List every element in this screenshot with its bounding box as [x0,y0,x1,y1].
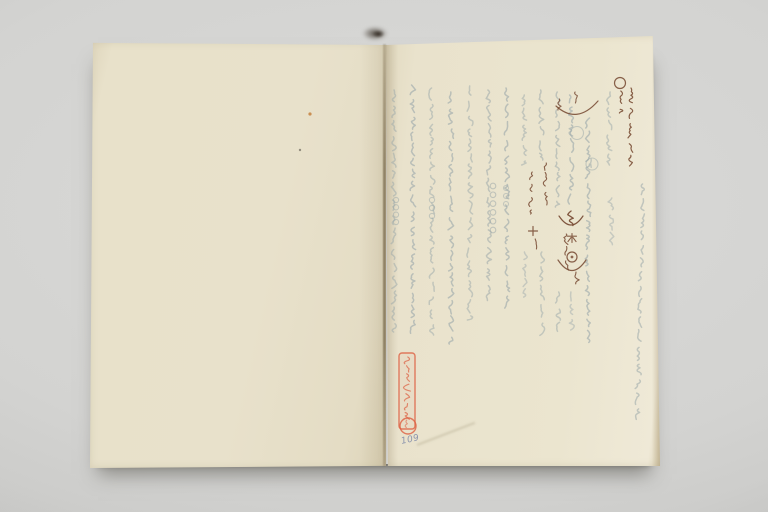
ink-smudge-core [371,29,386,39]
left-page-blank [90,42,386,468]
book-gutter [383,44,386,466]
right-page-manuscript [386,36,660,466]
photo-backdrop: 109 [0,0,768,512]
